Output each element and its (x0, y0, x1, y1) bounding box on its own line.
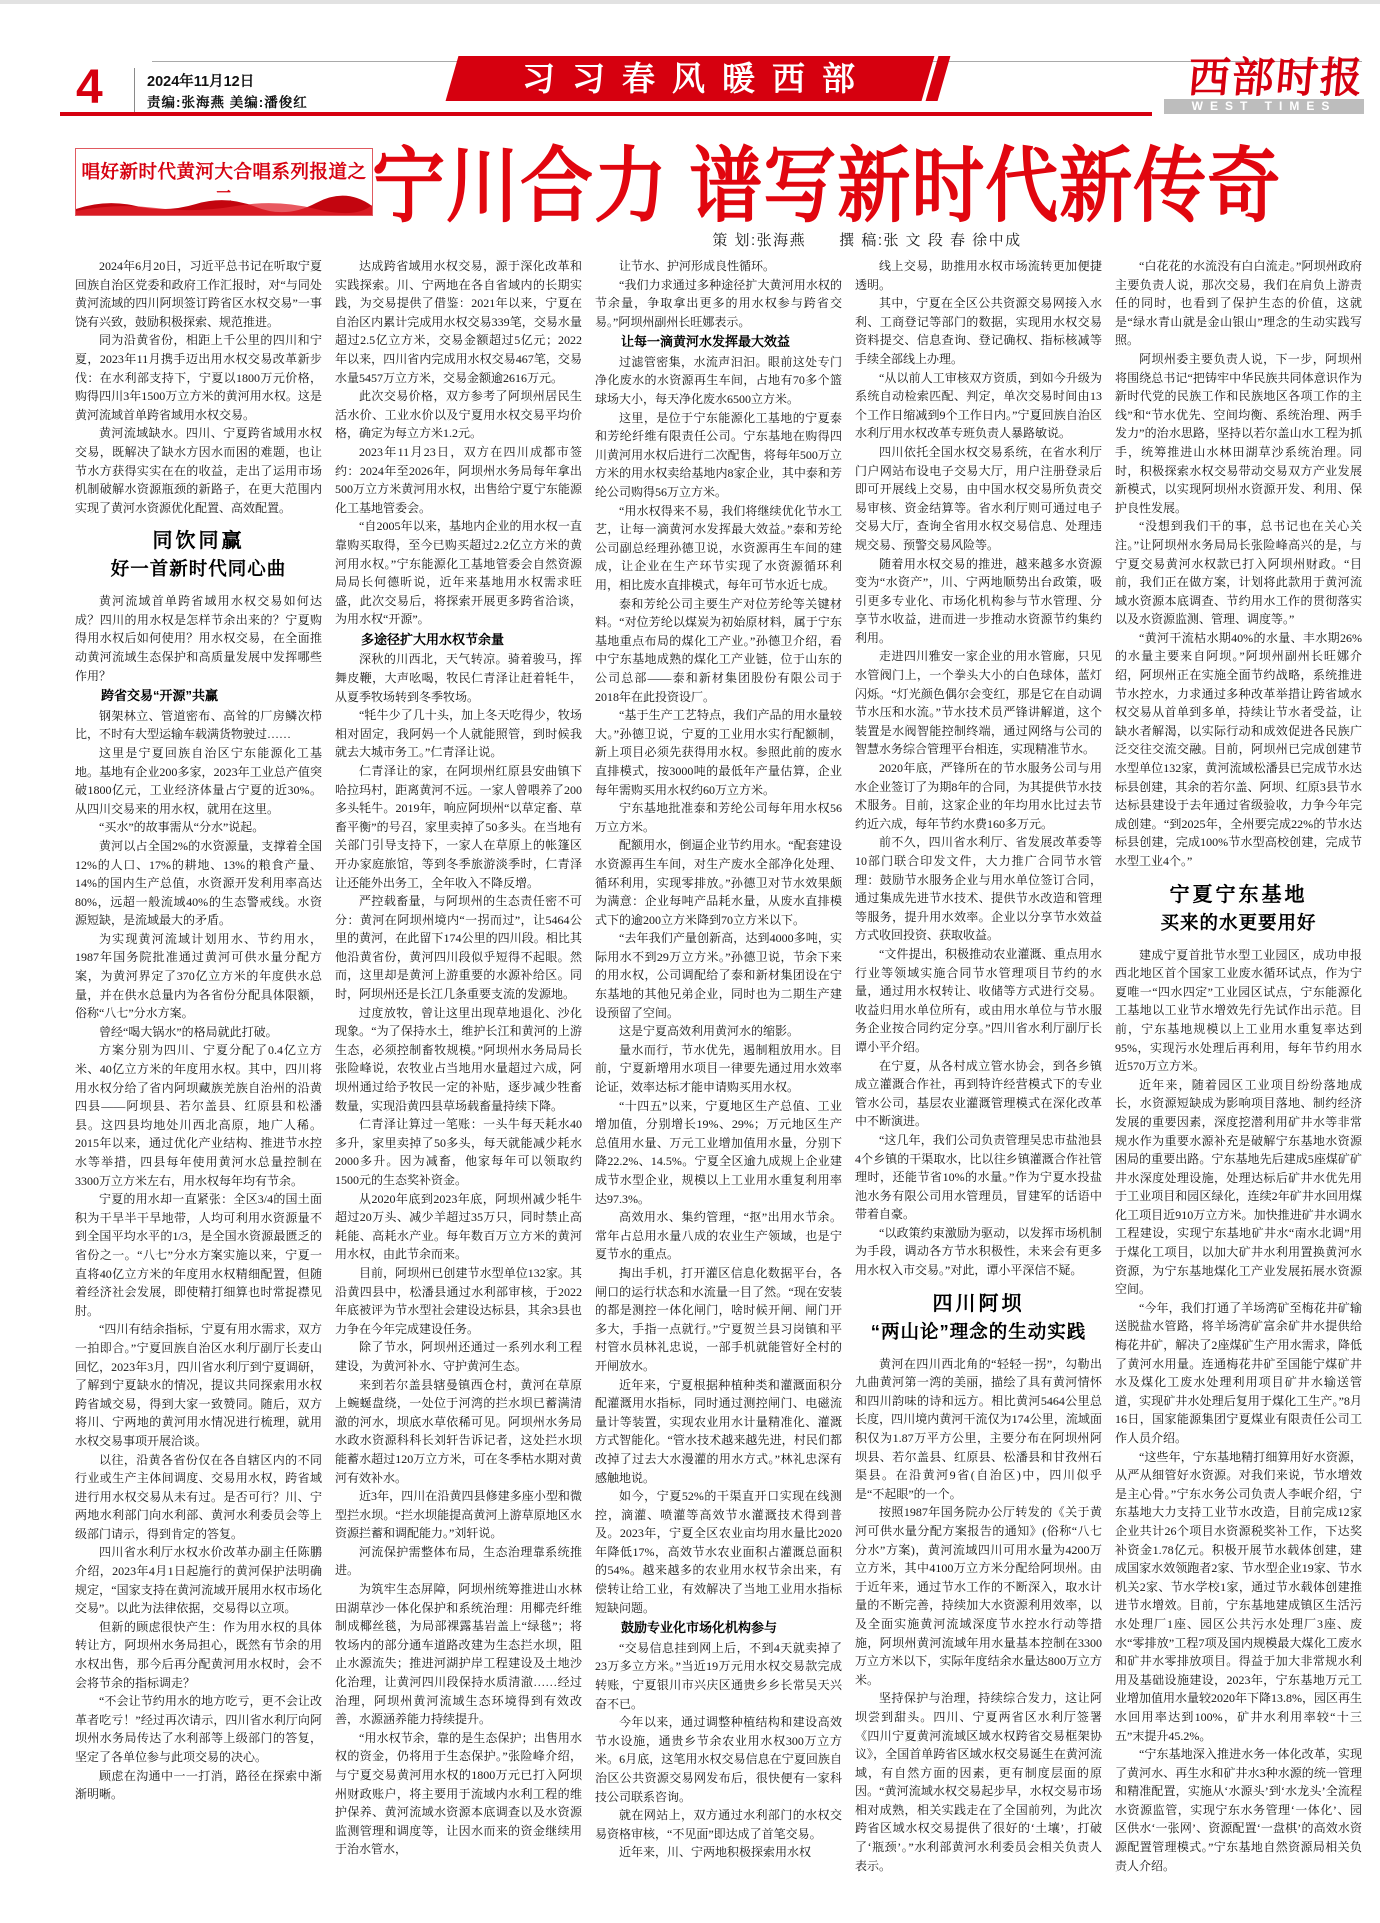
sub-heading: 让每一滴黄河水发挥最大效益 (595, 332, 842, 352)
page-number: 4 (76, 64, 103, 112)
header-red-rule (60, 112, 1152, 116)
body-paragraph: 近年来，川、宁两地积极探索用水权 (595, 1843, 842, 1862)
body-paragraph: 但新的顾虑很快产生：作为用水权的具体转让方，阿坝州水务局担心，既然有节余的用水权… (75, 1618, 322, 1692)
text-column-2: 达成跨省域用水权交易，源于深化改革和实践探索。川、宁两地在各自省域内的长期实践，… (335, 257, 582, 1875)
body-paragraph: 线上交易，助推用水权市场流转更加便捷透明。 (855, 257, 1102, 294)
article-columns: 2024年6月20日，习近平总书记在听取宁夏回族自治区党委和政府工作汇报时，对“… (75, 257, 1363, 1875)
body-paragraph: “用水权得来不易，我们将继续优化节水工艺，让每一滴黄河水发挥最大效益。”泰和芳纶… (595, 502, 842, 595)
body-paragraph: 深秋的川西北，天气转凉。骑着骏马，挥舞皮鞭，大声吆喝，牧民仁青泽让赶着牦牛，从夏… (335, 650, 582, 706)
body-paragraph: 四川依托全国水权交易系统，在省水利厅门户网站布设电子交易大厅，用户注册登录后即可… (855, 443, 1102, 555)
body-paragraph: “白花花的水流没有白白流走。”阿坝州政府主要负责人说，那次交易，我们在肩负上游责… (1115, 257, 1362, 350)
column-banner: 习习春风暖西部 (452, 56, 928, 101)
masthead-english: WEST TIMES (1164, 99, 1364, 114)
body-paragraph: 随着用水权交易的推进，越来越多水资源变为“水资产”，川、宁两地顺势出台政策，吸引… (855, 555, 1102, 648)
text-column-4: 线上交易，助推用水权市场流转更加便捷透明。其中，宁夏在全区公共资源交易网接入水利… (855, 257, 1102, 1875)
body-paragraph: 其中，宁夏在全区公共资源交易网接入水利、工商登记等部门的数据，实现用水权交易资料… (855, 294, 1102, 368)
newspaper-page: 4 2024年11月12日 责编:张海燕 美编:潘俊红 习习春风暖西部 西部时报… (0, 0, 1380, 1923)
body-paragraph: 河流保护需整体布局，生态治理靠系统推进。 (335, 1543, 582, 1580)
section-heading: 宁夏宁东基地买来的水更要用好 (1115, 883, 1362, 936)
body-paragraph: 方案分别为四川、宁夏分配了0.4亿立方米、40亿立方米的年度用水权。其中，四川将… (75, 1041, 322, 1190)
body-paragraph: 钢架林立、管道密布、高耸的厂房鳞次栉比，不时有大型运输车载满货物驶过…… (75, 707, 322, 744)
sub-heading: 跨省交易“开源”共赢 (75, 686, 322, 706)
body-paragraph: 前不久，四川省水利厅、省发展改革委等10部门联合印发文件，大力推广合同节水管理：… (855, 833, 1102, 945)
body-paragraph: 除了节水，阿坝州还通过一系列水利工程建设，为黄河补水、守护黄河生态。 (335, 1338, 582, 1375)
banner-title: 习习春风暖西部 (452, 56, 928, 101)
body-paragraph: 让节水、护河形成良性循环。 (595, 257, 842, 276)
section-heading-line1: 同饮同赢 (75, 529, 322, 554)
body-paragraph: 顾虑在沟通中一一打消，路径在探索中渐渐明晰。 (75, 1767, 322, 1804)
body-paragraph: 此次交易价格，双方参考了阿坝州居民生活水价、工业水价以及宁夏用水权交易平均价格，… (335, 387, 582, 443)
body-paragraph: “这些年，宁东基地精打细算用好水资源，从严从细管好水资源。对我们来说，节水增效是… (1115, 1448, 1362, 1746)
body-paragraph: “宁东基地深入推进水务一体化改革，实现了黄河水、再生水和矿井水3种水源的统一管理… (1115, 1745, 1362, 1875)
body-paragraph: 量水而行，节水优先，遏制粗放用水。目前，宁夏新增用水项目一律要先通过用水效率论证… (595, 1041, 842, 1097)
masthead-chinese: 西部时报 (1150, 58, 1366, 100)
body-paragraph: 曾经“喝大锅水”的格局就此打破。 (75, 1023, 322, 1042)
body-paragraph: “从以前人工审核双方资质，到如今升级为系统自动检索匹配、判定，单次交易时间由13… (855, 369, 1102, 443)
section-heading: 同饮同赢好一首新时代同心曲 (75, 529, 322, 582)
body-paragraph: 仁青泽让算过一笔账：一头牛每天耗水40多升，家里卖掉了50多头，每天就能减少耗水… (335, 1115, 582, 1189)
section-heading: 四川阿坝“两山论”理念的生动实践 (855, 1292, 1102, 1345)
body-paragraph: “文件提出，积极推动农业灌溉、重点用水行业等领域实施合同节水管理项目节约的水量，… (855, 945, 1102, 1057)
section-heading-line2: 买来的水更要用好 (1115, 911, 1362, 936)
body-paragraph: 黄河流域首单跨省域用水权交易如何达成？四川的用水权是怎样节余出来的？宁夏购得用水… (75, 592, 322, 685)
body-paragraph: 以往，沿黄各省份仅在各自辖区内的不同行业或生产主体间调度、交易用水权，跨省域进行… (75, 1451, 322, 1544)
section-heading-line1: 四川阿坝 (855, 1292, 1102, 1317)
body-paragraph: 阿坝州委主要负责人说，下一步，阿坝州将围绕总书记“把铸牢中华民族共同体意识作为新… (1115, 350, 1362, 517)
body-paragraph: 走进四川雅安一家企业的用水管廊，只见水管阀门上，一个拳头大小的白色球体，蓝灯闪烁… (855, 647, 1102, 759)
body-paragraph: “没想到我们干的事，总书记也在关心关注。”让阿坝州水务局局长张险峰高兴的是，与宁… (1115, 517, 1362, 629)
body-paragraph: “以政策约束激励为驱动，以发挥市场机制为手段，调动各方节水积极性，未来会有更多用… (855, 1224, 1102, 1280)
body-paragraph: 2020年底，严锋所在的节水服务公司与用水企业签订了为期8年的合同，为其提供节水… (855, 759, 1102, 833)
text-column-5: “白花花的水流没有白白流走。”阿坝州政府主要负责人说，那次交易，我们在肩负上游责… (1115, 257, 1362, 1875)
body-paragraph: 严控载畜量，与阿坝州的生态责任密不可分：黄河在阿坝州境内“一拐而过”，让5464… (335, 892, 582, 1004)
body-paragraph: 就在网站上，双方通过水利部门的水权交易资格审核，“不见面”即达成了首笔交易。 (595, 1806, 842, 1843)
body-paragraph: 过滤管密集，水流声汩汩。眼前这处专门净化废水的水资源再生车间，占地有70多个篮球… (595, 353, 842, 409)
section-heading-line1: 宁夏宁东基地 (1115, 883, 1362, 908)
body-paragraph: 配额用水，倒逼企业节约用水。“配套建设水资源再生车间，对生产废水全部净化处理、循… (595, 836, 842, 929)
body-paragraph: “不会让节约用水的地方吃亏，更不会让改革者吃亏！”经过再次请示，四川省水利厅向阿… (75, 1692, 322, 1766)
body-paragraph: 从2020年底到2023年底，阿坝州减少牦牛超过20万头、减少羊超过35万只，同… (335, 1190, 582, 1264)
sub-heading: 鼓励专业化市场化机构参与 (595, 1618, 842, 1638)
body-paragraph: 高效用水、集约管理，“抠”出用水节余。常年占总用水量八成的农业生产领域，也是宁夏… (595, 1208, 842, 1264)
body-paragraph: 2024年6月20日，习近平总书记在听取宁夏回族自治区党委和政府工作汇报时，对“… (75, 257, 322, 331)
text-column-3: 让节水、护河形成良性循环。“我们力求通过多种途径扩大黄河用水权的节余量，争取拿出… (595, 257, 842, 1875)
body-paragraph: “黄河干流枯水期40%的水量、丰水期26%的水量主要来自阿坝。”阿坝州副州长旺娜… (1115, 629, 1362, 871)
body-paragraph: 建成宁夏首批节水型工业园区，成功申报西北地区首个国家工业废水循环试点，作为宁夏唯… (1115, 946, 1362, 1076)
body-paragraph: 过度放牧，曾让这里出现草地退化、沙化现象。“为了保持水土，维护长江和黄河的上游生… (335, 1004, 582, 1116)
sub-heading: 多途径扩大用水权节余量 (335, 630, 582, 650)
body-paragraph: “四川有结余指标，宁夏有用水需求，双方一拍即合。”宁夏回族自治区水利厅副厅长麦山… (75, 1320, 322, 1450)
body-paragraph: 仁青泽让的家，在阿坝州红原县安曲镇下哈拉玛村，距离黄河不远。一家人曾喂养了200… (335, 762, 582, 892)
body-paragraph: 宁夏的用水却一直紧张：全区3/4的国土面积为干旱半干旱地带，人均可利用水资源量不… (75, 1190, 322, 1320)
red-wave-graphic (76, 193, 372, 215)
body-paragraph: 在宁夏，从各村成立管水协会，到各乡镇成立灌溉合作社，再到特许经营模式下的专业管水… (855, 1057, 1102, 1131)
body-paragraph: 目前，阿坝州已创建节水型单位132家。其沿黄四县中，松潘县通过水利部审核，于20… (335, 1264, 582, 1338)
body-paragraph: 这里是宁夏回族自治区宁东能源化工基地。基地有企业200多家，2023年工业总产值… (75, 744, 322, 818)
section-heading-line2: “两山论”理念的生动实践 (855, 1320, 1102, 1345)
byline: 策 划:张海燕 撰 稿:张 文 段 春 徐中成 (372, 229, 1362, 250)
body-paragraph: 近3年，四川在沿黄四县修建多座小型和微型拦水坝。“拦水坝能提高黄河上游草原地区水… (335, 1487, 582, 1543)
body-paragraph: 近年来，随着园区工业项目纷纷落地成长，水资源短缺成为影响项目落地、制约经济发展的… (1115, 1076, 1362, 1299)
body-paragraph: 宁东基地批准泰和芳纶公司每年用水权56万立方米。 (595, 799, 842, 836)
text-column-1: 2024年6月20日，习近平总书记在听取宁夏回族自治区党委和政府工作汇报时，对“… (75, 257, 322, 1875)
body-paragraph: 如今，宁夏52%的干渠直开口实现在线测控，滴灌、喷灌等高效节水灌溉技术得到普及。… (595, 1487, 842, 1617)
body-paragraph: 坚持保护与治理，持续综合发力，这让阿坝尝到甜头。四川、宁夏两省区水利厅签署《四川… (855, 1689, 1102, 1875)
body-paragraph: “牦牛少了几十头，加上冬天吃得少，牧场相对固定，我阿妈一个人就能照管，到时候我就… (335, 706, 582, 762)
body-paragraph: “用水权节余，靠的是生态保护；出售用水权的资金，仍将用于生态保护。”张险峰介绍，… (335, 1729, 582, 1859)
body-paragraph: 四川省水利厅水权水价改革办副主任陈鹏介绍，2023年4月1日起施行的黄河保护法明… (75, 1543, 322, 1617)
section-heading-line2: 好一首新时代同心曲 (75, 557, 322, 582)
body-paragraph: 黄河以占全国2%的水资源量，支撑着全国12%的人口、17%的耕地、13%的粮食产… (75, 837, 322, 930)
body-paragraph: 近年来，宁夏根据种植种类和灌溉面积分配灌溉用水指标，同时通过测控闸门、电磁流量计… (595, 1376, 842, 1488)
body-paragraph: 泰和芳纶公司主要生产对位芳纶等关键材料。“对位芳纶以煤炭为初始原材料，属于宁东基… (595, 595, 842, 707)
body-paragraph: “去年我们产量创新高，达到4000多吨，实际用水不到29万立方米。”孙德卫说，节… (595, 929, 842, 1022)
body-paragraph: 黄河在四川西北角的“轻轻一拐”，勾勒出九曲黄河第一湾的美丽，描绘了具有黄河情怀和… (855, 1355, 1102, 1504)
body-paragraph: “十四五”以来，宁夏地区生产总值、工业增加值，分别增长19%、29%；万元地区生… (595, 1097, 842, 1209)
body-paragraph: “自2005年以来，基地内企业的用水权一直靠购买取得，至今已购买超过2.2亿立方… (335, 517, 582, 629)
body-paragraph: “这几年，我们公司负责管理吴忠市盐池县4个乡镇的干渠取水，比以往乡镇灌溉合作社管… (855, 1131, 1102, 1224)
series-kicker-box: 唱好新时代黄河大合唱系列报道之二 (75, 148, 373, 216)
body-paragraph: 来到若尔盖县辖曼镇西仓村，黄河在草原上蜿蜒盘绕，一处位于河湾的拦水坝已蓄满清澈的… (335, 1376, 582, 1488)
body-paragraph: “买水”的故事需从“分水”说起。 (75, 818, 322, 837)
main-headline: 宁川合力 谱写新时代新传奇 (372, 120, 1281, 238)
body-paragraph: “今年，我们打通了羊场湾矿至梅花井矿输送脱盐水管路，将羊场湾矿富余矿井水提供给梅… (1115, 1299, 1362, 1448)
body-paragraph: 这是宁夏高效利用黄河水的缩影。 (595, 1022, 842, 1041)
body-paragraph: 为筑牢生态屏障，阿坝州统筹推进山水林田湖草沙一体化保护和系统治理：用椰壳纤维制成… (335, 1580, 582, 1729)
body-paragraph: 为实现黄河流域计划用水、节约用水，1987年国务院批准通过黄河可供水量分配方案，… (75, 930, 322, 1023)
body-paragraph: 掏出手机，打开灌区信息化数据平台，各闸口的运行状态和水流量一目了然。“现在安装的… (595, 1264, 842, 1376)
body-paragraph: 同为沿黄省份，相距上千公里的四川和宁夏，2023年11月携手迈出用水权交易改革新… (75, 331, 322, 424)
body-paragraph: 这里，是位于宁东能源化工基地的宁夏泰和芳纶纤维有限责任公司。宁东基地在购得四川黄… (595, 409, 842, 502)
body-paragraph: “基于生产工艺特点，我们产品的用水量较大。”孙德卫说，宁夏的工业用水实行配额制，… (595, 706, 842, 799)
body-paragraph: 2023年11月23日，双方在四川成都市签约：2024年至2026年，阿坝州水务… (335, 443, 582, 517)
body-paragraph: 按照1987年国务院办公厅转发的《关于黄河可供水量分配方案报告的通知》(俗称“八… (855, 1503, 1102, 1689)
body-paragraph: 今年以来，通过调整种植结构和建设高效节水设施，通贵乡节余农业用水权300万立方米… (595, 1713, 842, 1806)
issue-date: 2024年11月12日 (147, 70, 254, 91)
header-divider (134, 68, 135, 112)
body-paragraph: 黄河流域缺水。四川、宁夏跨省域用水权交易，既解决了缺水方因水而困的难题，也让节水… (75, 424, 322, 517)
editors-line: 责编:张海燕 美编:潘俊红 (147, 91, 308, 111)
body-paragraph: “我们力求通过多种途径扩大黄河用水权的节余量，争取拿出更多的用水权参与跨省交易。… (595, 276, 842, 332)
masthead: 西部时报 WEST TIMES (1152, 58, 1364, 114)
scan-edge (0, 0, 1380, 4)
body-paragraph: “交易信息挂到网上后，不到4天就卖掉了23万多立方米。”当近19万元用水权交易款… (595, 1639, 842, 1713)
body-paragraph: 达成跨省域用水权交易，源于深化改革和实践探索。川、宁两地在各自省域内的长期实践，… (335, 257, 582, 387)
